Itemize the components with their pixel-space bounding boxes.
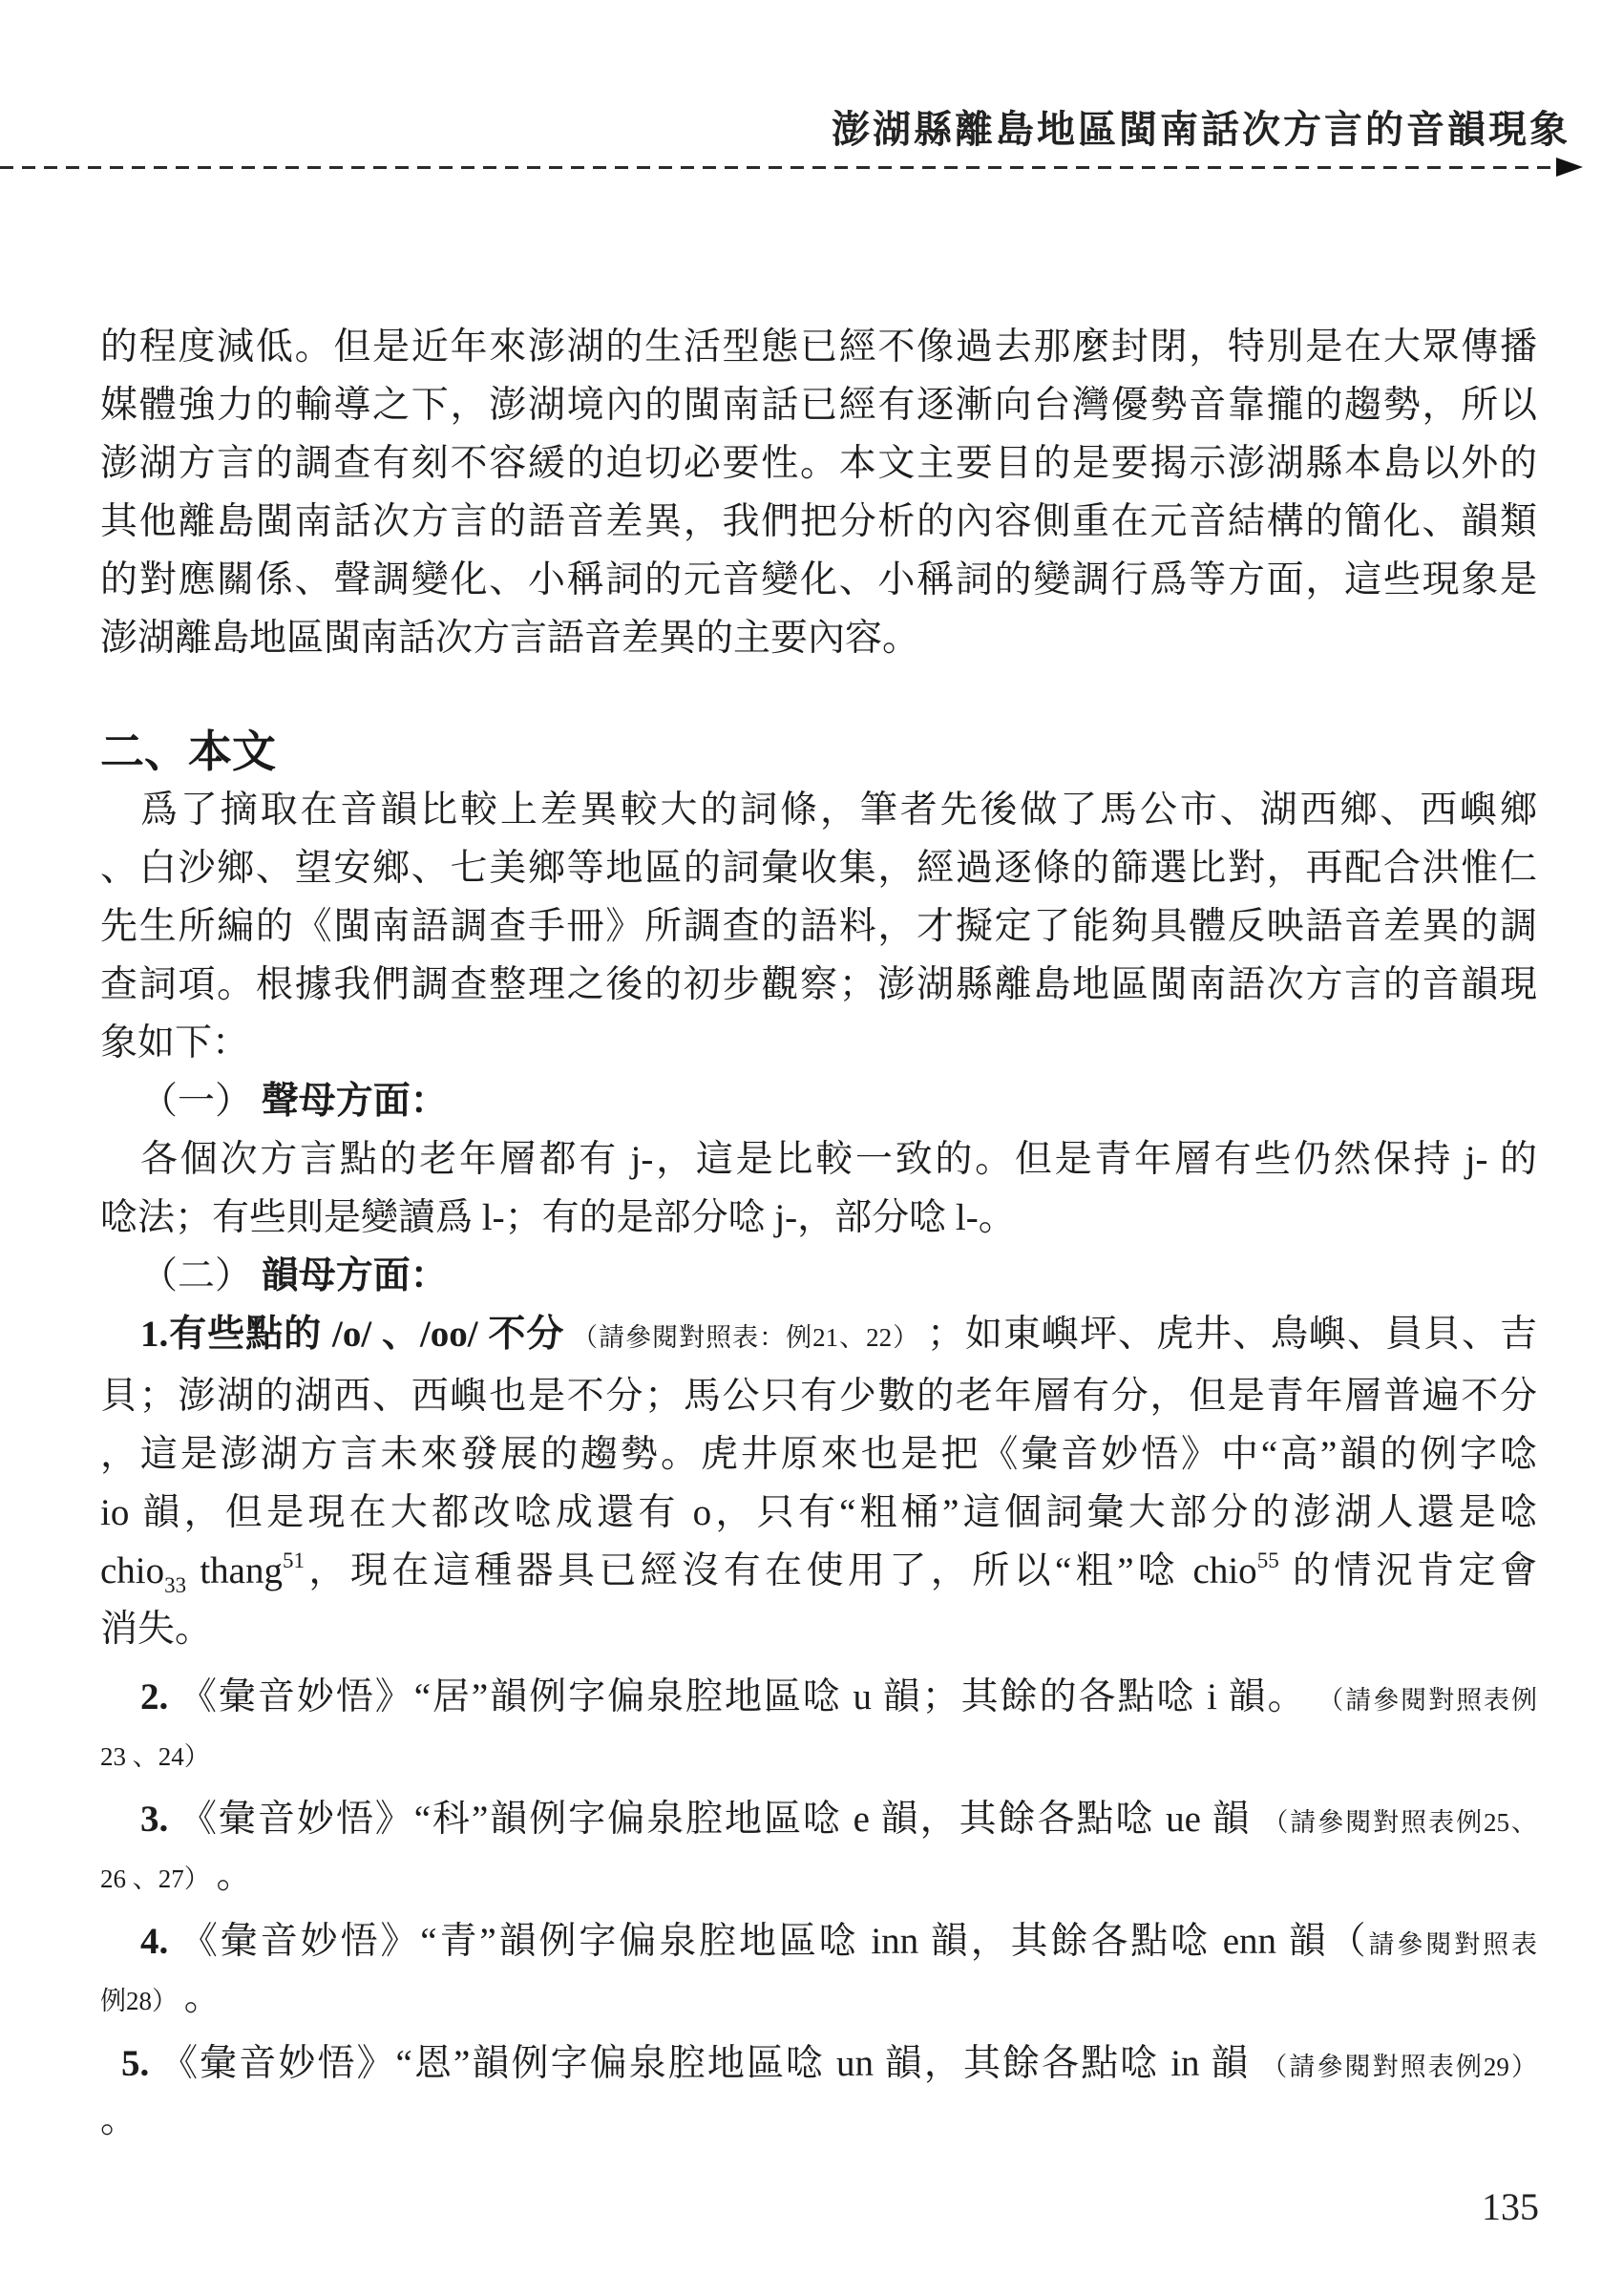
- paragraph-intro-line: 澎湖方言的調查有刻不容緩的迫切必要性。本文主要目的是要揭示澎湖縣本島以外的: [100, 434, 1537, 493]
- list-item-5-line: 5. 《彙音妙悟》“恩”韻例字偏泉腔地區唸 un 韻，其餘各點唸 in 韻 （請…: [100, 2034, 1537, 2096]
- dashed-rule: [0, 166, 1556, 169]
- list-item-3-line: 3. 《彙音妙悟》“科”韻例字偏泉腔地區唸 e 韻，其餘各點唸 ue 韻 （請參…: [100, 1790, 1537, 1852]
- page-number: 135: [1482, 2184, 1539, 2229]
- list-item-3-line: 26 、27） 。: [100, 1852, 1537, 1903]
- page-header: 澎湖縣離島地區閩南話次方言的音韻現象: [0, 0, 1623, 169]
- list-item-1-line: ，這是澎湖方言未來發展的趨勢。虎井原來也是把《彙音妙悟》中“高”韻的例字唸: [100, 1425, 1537, 1484]
- right-arrow-icon: [1556, 158, 1583, 177]
- running-head-title: 澎湖縣離島地區閩南話次方言的音韻現象: [0, 107, 1623, 153]
- list-item-1-line: 消失。: [100, 1600, 1537, 1658]
- subheading-finals-line: （二） 韻母方面：: [100, 1247, 1537, 1305]
- list-item-2-line: 2. 《彙音妙悟》“居”韻例字偏泉腔地區唸 u 韻；其餘的各點唸 i 韻。 （請…: [100, 1668, 1537, 1730]
- list-item-4-line: 例28） 。: [100, 1974, 1537, 2025]
- list-item-1-line: 貝；澎湖的湖西、西嶼也是不分；馬公只有少數的老年層有分，但是青年層普遍不分: [100, 1367, 1537, 1425]
- paragraph-method-line: 象如下：: [100, 1014, 1537, 1072]
- paragraph-intro-line: 的程度減低。但是近年來澎湖的生活型態已經不像過去那麼封閉，特別是在大眾傳播: [100, 318, 1537, 376]
- document-page: 澎湖縣離島地區閩南話次方言的音韻現象 的程度減低。但是近年來澎湖的生活型態已經不…: [0, 0, 1623, 2296]
- paragraph-method-line: 爲了摘取在音韻比較上差異較大的詞條，筆者先後做了馬公市、湖西鄉、西嶼鄉: [100, 781, 1537, 839]
- paragraph-method-line: 先生所編的《閩南語調查手冊》所調查的語料，才擬定了能夠具體反映語音差異的調: [100, 897, 1537, 956]
- paragraph-initials-line: 各個次方言點的老年層都有 j-，這是比較一致的。但是青年層有些仍然保持 j- 的: [100, 1130, 1537, 1189]
- list-item-1-line: 1.有些點的 /o/ 、/oo/ 不分 （請參閱對照表：例21、22） ；如東嶼…: [100, 1305, 1537, 1367]
- paragraph-initials-line: 唸法；有些則是變讀爲 l-；有的是部分唸 j-，部分唸 l-。: [100, 1189, 1537, 1247]
- paragraph-intro-line: 媒體強力的輸導之下，澎湖境內的閩南話已經有逐漸向台灣優勢音靠攏的趨勢，所以: [100, 376, 1537, 434]
- section-heading: 二、本文: [100, 723, 1537, 781]
- document-body: 的程度減低。但是近年來澎湖的生活型態已經不像過去那麼封閉，特別是在大眾傳播媒體強…: [100, 318, 1537, 2144]
- subheading-initials-line: （一） 聲母方面：: [100, 1072, 1537, 1130]
- list-item-5-line: 。: [100, 2096, 1537, 2144]
- paragraph-method-line: 、白沙鄉、望安鄉、七美鄉等地區的詞彙收集，經過逐條的篩選比對，再配合洪惟仁: [100, 839, 1537, 897]
- list-item-2-line: 23 、24）: [100, 1730, 1537, 1780]
- list-item-1-line: io 韻，但是現在大都改唸成還有 o，只有“粗桶”這個詞彙大部分的澎湖人還是唸: [100, 1484, 1537, 1542]
- paragraph-intro-line: 其他離島閩南話次方言的語音差異，我們把分析的內容側重在元音結構的簡化、韻類: [100, 493, 1537, 551]
- list-item-1-line: chio33 thang51，現在這種器具已經沒有在使用了，所以“粗”唸 chi…: [100, 1542, 1537, 1600]
- paragraph-intro-line: 的對應關係、聲調變化、小稱詞的元音變化、小稱詞的變調行爲等方面，這些現象是: [100, 551, 1537, 609]
- list-item-4-line: 4. 《彙音妙悟》“青”韻例字偏泉腔地區唸 inn 韻，其餘各點唸 enn 韻（…: [100, 1912, 1537, 1974]
- paragraph-method-line: 查詞項。根據我們調查整理之後的初步觀察；澎湖縣離島地區閩南語次方言的音韻現: [100, 956, 1537, 1014]
- paragraph-intro-line: 澎湖離島地區閩南話次方言語音差異的主要內容。: [100, 609, 1537, 667]
